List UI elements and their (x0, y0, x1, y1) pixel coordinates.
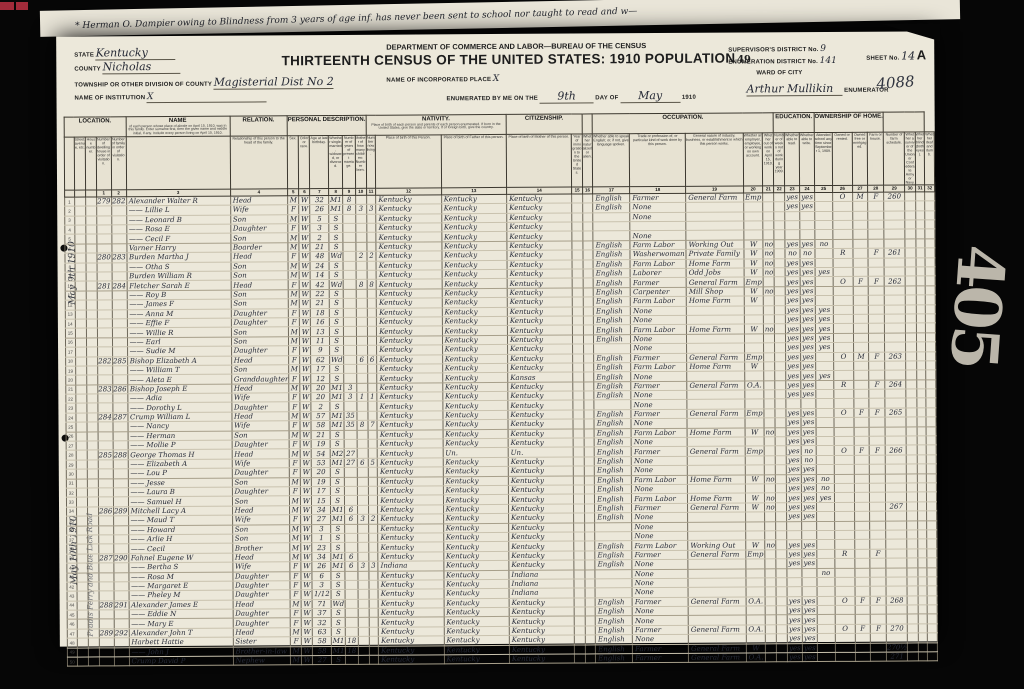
cell-imm (573, 354, 583, 363)
cell-yrs: 18 (346, 637, 358, 646)
cell-sched: 264 (885, 380, 906, 390)
cell-dw (97, 244, 112, 253)
cell-age: 17 (311, 364, 330, 374)
cell-pf: Kentucky (442, 279, 507, 289)
cell-own (833, 267, 852, 277)
cell-pf: Kentucky (441, 194, 506, 204)
cell-cb (356, 261, 367, 270)
cell-emp (744, 371, 764, 381)
cell-line: 4 (65, 225, 75, 234)
column-sublabel-row: Street, avenue, etc.House number.Number … (64, 132, 934, 190)
cell-write: yes (800, 239, 815, 248)
cell-vet (906, 455, 916, 464)
cell-cl (368, 402, 378, 411)
cell-dw (96, 216, 111, 225)
cell-vet (906, 305, 916, 314)
cell-pob: Kentucky (379, 636, 444, 646)
cell-vet (906, 408, 916, 417)
cell-own (835, 530, 854, 540)
cell-wks (776, 596, 787, 605)
cell-wks (775, 305, 786, 314)
cell-pm: Kentucky (508, 391, 573, 401)
cell-occ: Farm Labor (631, 325, 687, 335)
cell-house (86, 206, 96, 215)
cell-vet (905, 258, 915, 267)
cell-line: 29 (66, 460, 76, 469)
cell-pm: Kentucky (507, 335, 572, 345)
cell-imm (574, 551, 584, 560)
census-table: LOCATION.NAMEof each person whose place … (64, 111, 938, 667)
cell-mort: M (852, 192, 868, 201)
cell-school: yes (815, 333, 833, 343)
cell-dw (98, 394, 113, 403)
census-table-header: LOCATION.NAMEof each person whose place … (64, 112, 934, 197)
cell-wks (774, 258, 785, 267)
cell-fh: F (870, 549, 886, 558)
cell-street (75, 328, 87, 337)
cell-blind (918, 633, 928, 642)
cell-ow: no (763, 240, 774, 249)
cell-dw (98, 403, 113, 412)
cell-blind (917, 427, 927, 436)
cell-fam: 285 (112, 356, 127, 365)
cell-race: W (299, 261, 310, 270)
cell-deaf (927, 539, 937, 548)
cell-house (89, 648, 99, 657)
cell-line: 18 (66, 357, 76, 366)
cell-nat (584, 400, 594, 409)
cell-fh (869, 389, 885, 398)
cell-pm: Kentucky (509, 617, 574, 627)
cell-nat (584, 419, 594, 428)
cell-pob: Kentucky (377, 373, 442, 383)
cell-imm (572, 250, 582, 259)
cell-nat (584, 494, 594, 503)
cell-read: no (785, 249, 800, 258)
cell-own (834, 436, 853, 446)
cell-pob: Kentucky (377, 411, 442, 421)
cell-sched: 261 (884, 248, 905, 258)
cell-emp (743, 212, 763, 222)
cell-fam (114, 619, 129, 628)
cell-mort (852, 230, 868, 239)
cell-imm (573, 429, 583, 438)
cell-occ (630, 221, 686, 231)
cell-age: 18 (311, 308, 330, 318)
cell-deaf (925, 239, 935, 248)
cell-cl (368, 505, 378, 514)
cell-vet (905, 229, 915, 238)
cell-pf: Kentucky (442, 373, 507, 383)
cell-race: W (299, 252, 310, 261)
cell-pob: Kentucky (377, 326, 442, 336)
cell-street (75, 319, 87, 328)
cell-school (817, 559, 835, 569)
institution-value: X (147, 91, 267, 103)
cell-street (76, 507, 88, 516)
cell-sched (884, 314, 905, 324)
cell-deaf (927, 464, 937, 473)
cell-fam (113, 441, 128, 450)
cell-age: 23 (312, 543, 331, 553)
cell-ind (686, 230, 744, 240)
cell-write: yes (802, 606, 817, 615)
cell-yrs: 35 (344, 411, 356, 420)
cell-cl (367, 317, 377, 326)
column-group-header: PERSONAL DESCRIPTION. (287, 115, 366, 135)
cell-dw: 282 (97, 356, 112, 365)
cell-pob: Kentucky (378, 589, 443, 599)
cell-mar: M1 (331, 515, 345, 524)
cell-age: 26 (312, 562, 331, 572)
column-sublabel: Number of farm schedule. (883, 132, 904, 185)
cell-blind (918, 586, 928, 595)
cell-sex: F (290, 487, 301, 496)
cell-emp: W (744, 296, 764, 306)
cell-emp (744, 221, 764, 231)
cell-dw (99, 619, 114, 628)
cell-lang: English (595, 485, 632, 495)
cell-age: 58 (313, 646, 332, 656)
cell-emp (745, 399, 765, 409)
cell-mar: S (329, 261, 343, 270)
cell-mar: M1 (330, 383, 344, 392)
cell-vet (908, 624, 918, 633)
cell-age: 21 (310, 242, 329, 252)
cell-occ: Farm Labor (632, 494, 688, 504)
cell-write: yes (802, 615, 817, 624)
cell-occ: None (632, 578, 688, 588)
cell-pf: Kentucky (442, 260, 507, 270)
cell-mar: S (331, 571, 345, 580)
cell-imm (575, 654, 585, 663)
cell-yrs: 35 (344, 421, 356, 430)
cell-read: yes (786, 455, 801, 464)
cell-nat (583, 306, 593, 315)
cell-write: yes (801, 361, 816, 370)
cell-school (815, 211, 833, 221)
cell-race: W (300, 355, 311, 364)
cell-line: 15 (65, 328, 75, 337)
cell-nat (583, 363, 593, 372)
cell-deaf (925, 267, 935, 276)
cell-yrs (345, 533, 357, 542)
cell-dw (98, 544, 113, 553)
cell-mar: S (329, 270, 343, 279)
cell-fh: F (869, 446, 885, 455)
cell-dw: 283 (97, 385, 112, 394)
cell-dw (96, 225, 111, 234)
cell-write: yes (801, 427, 816, 436)
cell-yrs: 6 (345, 561, 357, 570)
cell-deaf (926, 436, 936, 445)
cell-rel: Son (231, 299, 289, 309)
column-group-header: NAMEof each person whose place of abode … (126, 116, 230, 137)
cell-emp: W (745, 428, 765, 438)
cell-sched (886, 521, 907, 531)
cell-school (816, 436, 834, 446)
cell-house (89, 610, 99, 619)
cell-age: 20 (312, 468, 331, 478)
cell-own (835, 615, 854, 625)
cell-vet (907, 539, 917, 548)
cell-mar: S (331, 543, 345, 552)
cell-pm: Kentucky (509, 560, 574, 570)
cell-wks (776, 465, 787, 474)
cell-street (75, 394, 87, 403)
cell-sex: M (290, 552, 301, 561)
cell-sched (885, 333, 906, 343)
column-group-header: NATIVITY.Place of birth of each person a… (366, 114, 506, 135)
cell-street (77, 638, 89, 647)
cell-race: W (299, 224, 310, 233)
cell-imm (574, 579, 584, 588)
cell-occ: Farmer (631, 353, 687, 363)
cell-house (88, 460, 98, 469)
cell-pm: Kentucky (507, 325, 572, 335)
cell-pob: Kentucky (377, 439, 442, 449)
cell-race: W (301, 552, 312, 561)
cell-imm (574, 523, 584, 532)
cell-fh (870, 530, 886, 539)
cell-own (834, 342, 853, 352)
cell-line: 17 (66, 347, 76, 356)
cell-age: 17 (312, 487, 331, 497)
cell-own (833, 286, 852, 296)
cell-cl (368, 543, 378, 552)
cell-pm: Kentucky (509, 513, 574, 523)
cell-race: W (301, 477, 312, 486)
cell-ow (764, 352, 775, 361)
cell-ind (688, 634, 746, 644)
cell-vet (905, 211, 915, 220)
cell-blind (917, 436, 927, 445)
cell-dw (97, 291, 112, 300)
cell-ind: General Farm (688, 503, 746, 513)
cell-mort (853, 399, 869, 408)
cell-occ: None (630, 212, 686, 222)
column-sublabel: Whether naturalized or alien. (582, 134, 593, 187)
cell-mort: F (853, 408, 869, 417)
cell-wks (776, 549, 787, 558)
cell-dw (98, 488, 113, 497)
cell-ow: no (765, 474, 776, 483)
cell-deaf (927, 586, 937, 595)
cell-fh: F (869, 380, 885, 389)
cell-sex: M (288, 261, 299, 270)
cell-rel: Son (231, 365, 289, 375)
cell-vet (905, 267, 915, 276)
cell-race: W (301, 581, 312, 590)
top-margin-note: * Herman O. Dampier owing to Blindness f… (75, 0, 955, 31)
cell-write: yes (800, 286, 815, 295)
cell-house (89, 591, 99, 600)
cell-age: 15 (312, 496, 331, 506)
cell-sched (884, 258, 905, 268)
cell-occ: None (632, 559, 688, 569)
cell-school (817, 624, 835, 634)
cell-fh (870, 474, 886, 483)
cell-pm: Kentucky (508, 494, 573, 504)
cell-own (835, 634, 854, 644)
cell-deaf (926, 333, 936, 342)
cell-deaf (927, 492, 937, 501)
cell-school: no (816, 483, 834, 493)
cell-blind (918, 577, 928, 586)
cell-pob: Kentucky (376, 232, 441, 242)
cell-yrs (346, 655, 358, 664)
cell-read: yes (785, 202, 800, 211)
cell-school: no (816, 474, 834, 484)
cell-pm: Kentucky (508, 485, 573, 495)
cell-read: yes (787, 634, 802, 643)
cell-sex: M (289, 336, 300, 345)
cell-emp (744, 334, 764, 344)
cell-pf: Kentucky (444, 570, 509, 580)
cell-sched (885, 455, 906, 465)
cell-school (815, 230, 833, 240)
cell-write: yes (802, 643, 817, 652)
cell-fam (113, 488, 128, 497)
cell-deaf (925, 192, 935, 201)
cell-race: W (300, 336, 311, 345)
cell-occ: Washerwoman (630, 250, 686, 260)
column-sublabel: Number of dwelling house in order of vis… (96, 137, 111, 190)
cell-read: yes (787, 615, 802, 624)
cell-mort (853, 380, 869, 389)
cell-fam (114, 591, 129, 600)
cell-fam: 287 (113, 413, 128, 422)
cell-street (76, 535, 88, 544)
cell-fh (870, 539, 886, 548)
cell-sex: F (290, 571, 301, 580)
cell-rel: Daughter (231, 318, 289, 328)
cell-race: W (301, 590, 312, 599)
cell-lang: English (594, 316, 631, 326)
cell-read: yes (785, 277, 800, 286)
county-label: COUNTY (74, 66, 101, 72)
cell-school (816, 427, 834, 437)
cell-mort (854, 464, 870, 473)
cell-school (815, 296, 833, 306)
cell-sex: F (290, 515, 301, 524)
cell-age: 21 (311, 430, 330, 440)
cell-write: yes (802, 549, 817, 558)
cell-ind (686, 306, 744, 316)
column-number (86, 190, 96, 197)
cell-wks (776, 606, 787, 615)
cell-fam (113, 497, 128, 506)
cell-blind (917, 502, 927, 511)
cell-cl (367, 270, 377, 279)
cell-read: yes (787, 596, 802, 605)
cell-wks (776, 512, 787, 521)
cell-rel: Wife (232, 421, 290, 431)
cell-ow (765, 587, 776, 596)
cell-emp: W (744, 258, 764, 268)
cell-lang: English (593, 306, 630, 316)
cell-deaf (926, 314, 936, 323)
cell-nat (582, 203, 592, 212)
cell-pm: Kentucky (508, 354, 573, 364)
cell-mort (852, 239, 868, 248)
cell-street (77, 629, 89, 638)
cell-lang: English (595, 635, 632, 645)
cell-line: 40 (67, 563, 77, 572)
cell-line: 32 (66, 488, 76, 497)
cell-mar: S (331, 609, 345, 618)
cell-deaf (925, 248, 935, 257)
cell-lang: English (593, 241, 630, 251)
cell-house (88, 535, 98, 544)
cell-lang: English (594, 447, 631, 457)
cell-line: 21 (66, 385, 76, 394)
cell-house (87, 385, 97, 394)
cell-fam (113, 469, 128, 478)
cell-occ: Farmer (633, 644, 689, 654)
cell-nat (582, 213, 592, 222)
cell-mar: S (331, 524, 345, 533)
cell-fh (870, 577, 886, 586)
cell-mort (854, 474, 870, 483)
cell-fam: 286 (112, 384, 127, 393)
cell-emp: O.A. (744, 381, 764, 391)
cell-yrs: 6 (345, 505, 357, 514)
cell-mort (852, 202, 868, 211)
cell-imm (575, 645, 585, 654)
cell-sched (886, 614, 907, 624)
cell-pob: Kentucky (377, 429, 442, 439)
cell-sched (884, 239, 905, 249)
cell-fh (869, 305, 885, 314)
cell-emp (744, 315, 764, 325)
cell-yrs (345, 580, 357, 589)
cell-emp (746, 634, 766, 644)
cell-age: 58 (311, 421, 330, 431)
cell-fam (114, 638, 129, 647)
cell-write: yes (800, 268, 815, 277)
sheet-value: 14 (901, 49, 915, 62)
cell-ind (686, 212, 744, 222)
cell-ow: no (763, 249, 774, 258)
cell-sex: F (289, 374, 300, 383)
cell-school (817, 521, 835, 531)
cell-fh (870, 455, 886, 464)
cell-wks (774, 268, 785, 277)
cell-vet (907, 605, 917, 614)
cell-mar: S (329, 289, 343, 298)
cell-wks (776, 521, 787, 530)
cell-occ: Farm Labor (632, 475, 688, 485)
cell-race: W (301, 505, 312, 514)
cell-age: 21 (311, 299, 330, 309)
cell-rel: Daughter (232, 487, 290, 497)
margin-large-number: 405 (936, 242, 1019, 369)
cell-deaf (926, 323, 936, 332)
cell-pm: Kentucky (507, 222, 572, 232)
cell-blind (916, 351, 926, 360)
cell-lang: English (594, 438, 631, 448)
cell-nat (584, 410, 594, 419)
cell-dw (97, 319, 112, 328)
cell-own (835, 540, 854, 550)
cell-deaf (927, 502, 937, 511)
cell-pob: Kentucky (378, 552, 443, 562)
cell-cb (355, 233, 366, 242)
cell-fam (112, 309, 127, 318)
cell-cb (358, 646, 369, 655)
cell-ind (686, 315, 744, 325)
